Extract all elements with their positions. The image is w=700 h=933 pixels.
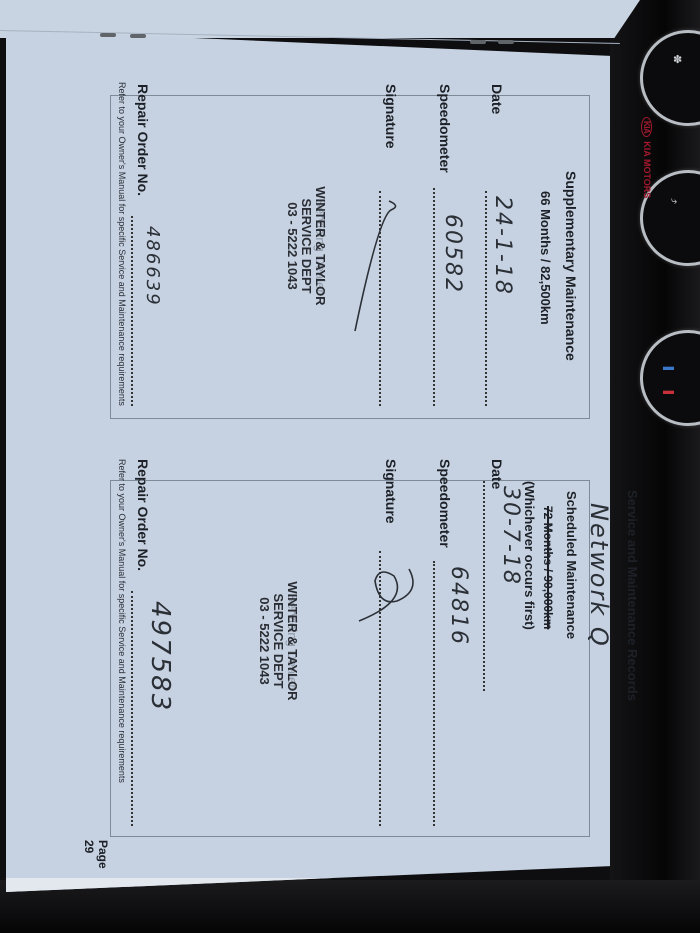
date-value: 24-1-18: [490, 196, 515, 296]
date-label: Date: [489, 84, 505, 114]
speedometer-label: Speedometer: [437, 459, 453, 548]
seat-background: [0, 880, 700, 933]
cold-indicator-icon: ▬: [663, 361, 674, 373]
signature-mark: [349, 561, 419, 641]
staple: [130, 34, 146, 38]
kia-oval-icon: KIA: [641, 117, 652, 137]
owners-manual-note: Refer to your Owner's Manual for specifi…: [117, 459, 127, 829]
date-value: 30-7-18: [498, 486, 523, 586]
dealer-stamp: Servicing Dealer WINTER & TAYLOR SERVICE…: [257, 541, 299, 741]
repair-order-label: Repair Order No.: [135, 459, 151, 571]
speedometer-label: Speedometer: [437, 84, 453, 173]
fan-icon: ✽: [673, 53, 682, 66]
vent-mode-icon: ⤷: [671, 195, 677, 208]
signature-label: Signature: [383, 84, 399, 149]
page-number: Page 29: [82, 840, 110, 885]
supplementary-maintenance-card: Supplementary Maintenance 66 Months / 82…: [110, 95, 590, 419]
car-dashboard: [610, 0, 700, 933]
kia-logo: KIAKIA MOTORS: [641, 117, 652, 198]
signature-label: Signature: [383, 459, 399, 524]
service-record-page: KIAKIA MOTORS Service and Maintenance Re…: [20, 95, 610, 885]
card-interval: 66 Months / 82,500km: [538, 191, 553, 325]
repair-order-label: Repair Order No.: [135, 84, 151, 196]
staple: [100, 33, 116, 37]
card-interval-note: (Whichever occurs first): [522, 481, 537, 630]
owners-manual-note: Refer to your Owner's Manual for specifi…: [117, 82, 127, 422]
repair-order-value: 497583: [145, 601, 175, 712]
card-title: Supplementary Maintenance: [563, 171, 579, 361]
card-title: Scheduled Maintenance: [564, 491, 579, 639]
dealer-stamp: Servicing Dealer WINTER & TAYLOR SERVICE…: [285, 146, 327, 346]
staple: [470, 40, 486, 44]
card-interval-struck: 72 Months / 90,000km: [541, 506, 555, 629]
section-title: Service and Maintenance Records: [625, 490, 640, 701]
staple: [498, 40, 514, 44]
speedometer-value: 60582: [440, 214, 465, 294]
speedometer-value: 64816: [446, 566, 471, 646]
repair-order-value: 486639: [142, 226, 163, 307]
hot-indicator-icon: ▬: [663, 385, 674, 397]
scheduled-maintenance-card: Network Q Scheduled Maintenance 72 Month…: [110, 480, 590, 837]
date-field[interactable]: [483, 481, 499, 691]
signature-mark: [349, 196, 419, 336]
handwritten-network-q: Network Q: [585, 503, 613, 648]
